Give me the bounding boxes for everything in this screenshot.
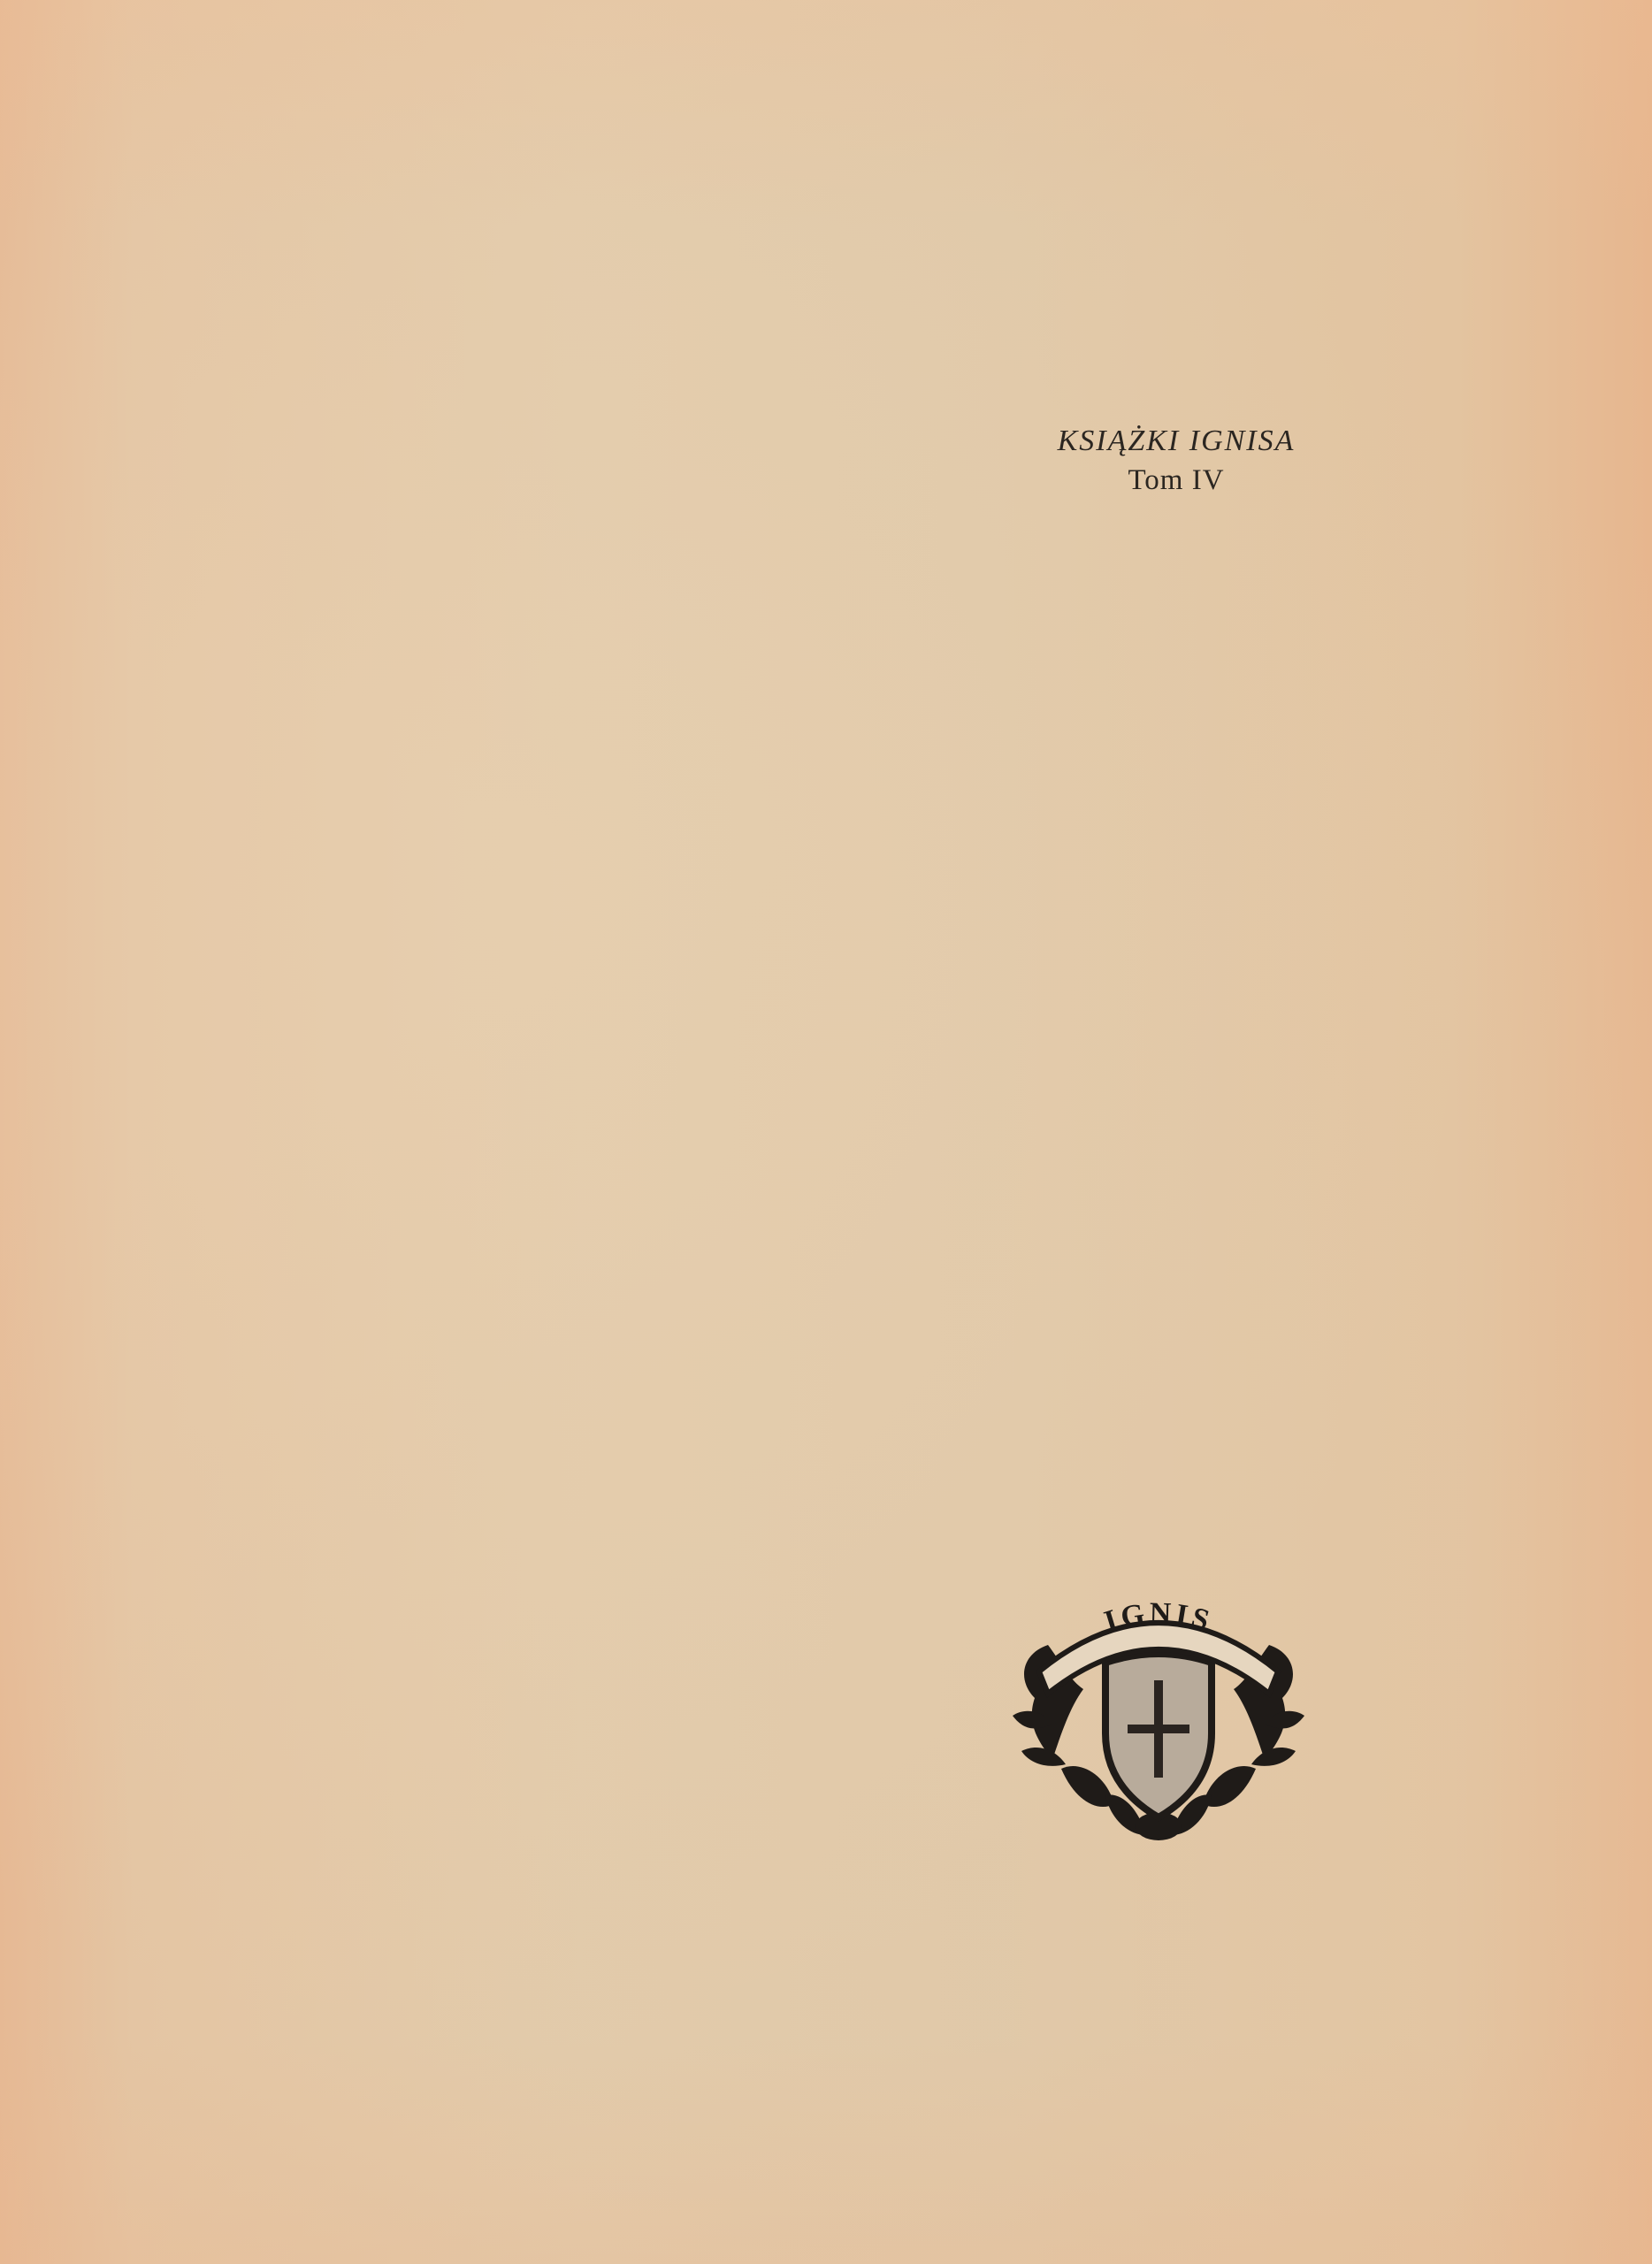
publisher-emblem-icon: IGNIS xyxy=(999,1583,1318,1848)
volume-number: Tom IV xyxy=(990,462,1362,499)
series-heading: KSIĄŻKI IGNISA Tom IV xyxy=(990,423,1362,499)
book-page: KSIĄŻKI IGNISA Tom IV xyxy=(0,0,1652,2264)
series-title: KSIĄŻKI IGNISA xyxy=(990,423,1362,460)
